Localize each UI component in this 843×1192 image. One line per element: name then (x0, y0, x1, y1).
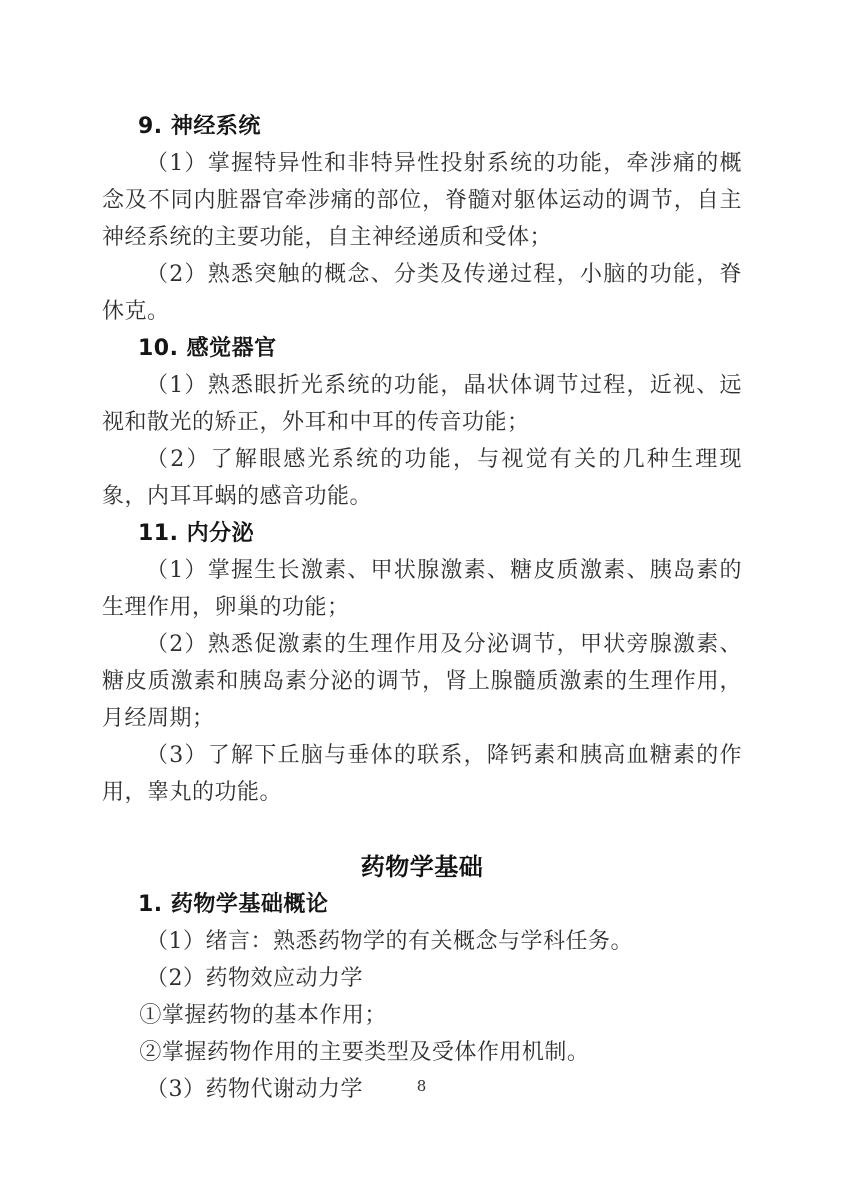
section-11-paragraph-3: （3）了解下丘脑与垂体的联系，降钙素和胰高血糖素的作用，睾丸的功能。 (102, 737, 742, 811)
section-9-heading: 9. 神经系统 (102, 108, 742, 145)
pharm-section-1-subitem-1: ①掌握药物的基本作用； (102, 997, 742, 1034)
pharm-section-1-heading: 1. 药物学基础概论 (102, 886, 742, 923)
section-11-heading: 11. 内分泌 (102, 515, 742, 552)
section-10-paragraph-1: （1）熟悉眼折光系统的功能，晶状体调节过程，近视、远视和散光的矫正，外耳和中耳的… (102, 367, 742, 441)
section-11-paragraph-2: （2）熟悉促激素的生理作用及分泌调节，甲状旁腺激素、糖皮质激素和胰岛素分泌的调节… (102, 626, 742, 737)
chapter-title-pharmacology: 药物学基础 (102, 848, 742, 886)
section-10-paragraph-2: （2）了解眼感光系统的功能，与视觉有关的几种生理现象，内耳耳蜗的感音功能。 (102, 441, 742, 515)
pharm-section-1-paragraph-2: （2）药物效应动力学 (102, 960, 742, 997)
section-11-paragraph-1: （1）掌握生长激素、甲状腺激素、糖皮质激素、胰岛素的生理作用，卵巢的功能； (102, 552, 742, 626)
page-number: 8 (0, 1076, 843, 1096)
section-9-paragraph-2: （2）熟悉突触的概念、分类及传递过程，小脑的功能，脊休克。 (102, 256, 742, 330)
pharm-section-1-paragraph-1: （1）绪言：熟悉药物学的有关概念与学科任务。 (102, 923, 742, 960)
section-9-paragraph-1: （1）掌握特异性和非特异性投射系统的功能，牵涉痛的概念及不同内脏器官牵涉痛的部位… (102, 145, 742, 256)
document-body: 9. 神经系统 （1）掌握特异性和非特异性投射系统的功能，牵涉痛的概念及不同内脏… (102, 108, 742, 1108)
document-page: 9. 神经系统 （1）掌握特异性和非特异性投射系统的功能，牵涉痛的概念及不同内脏… (0, 0, 843, 1192)
pharm-section-1-subitem-2: ②掌握药物作用的主要类型及受体作用机制。 (102, 1034, 742, 1071)
section-10-heading: 10. 感觉器官 (102, 330, 742, 367)
